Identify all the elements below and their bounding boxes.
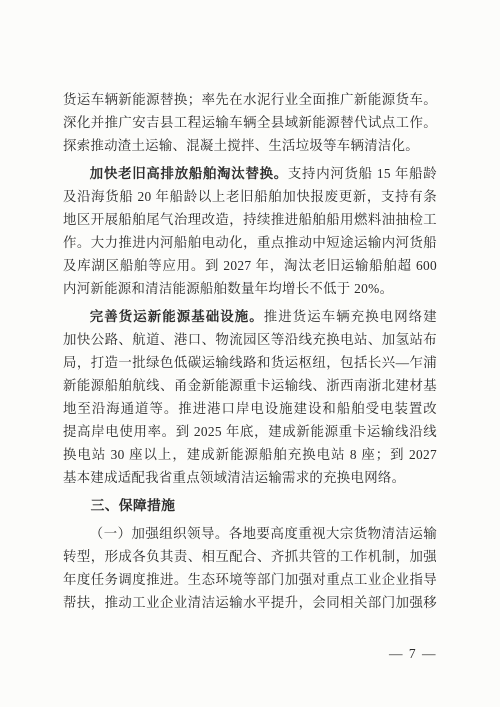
section-heading: 三、保障措施 xyxy=(63,494,437,517)
text-line: 换电站 30 座以上，建成新能源船舶充换电站 8 座；到 2027 年， xyxy=(63,443,437,466)
text-line: 地区开展船舶尾气治理改造，持续推进船舶船用燃料油抽检工 xyxy=(63,208,437,231)
text-line: 及沿海货船 20 年船龄以上老旧船舶加快报废更新，支持有条件 xyxy=(63,185,437,208)
document-body: 货运车辆新能源替换；率先在水泥行业全面推广新能源货车。深化并推广安吉县工程运输车… xyxy=(63,88,437,614)
text-line: 转型，形成各负其责、相互配合、齐抓共管的工作机制，加强 xyxy=(63,545,437,568)
text-line: 及库湖区船舶等应用。到 2027 年，淘汰老旧运输船舶超 600 艘， xyxy=(63,254,437,277)
text-line: 探索推动渣土运输、混凝土搅拌、生活垃圾等车辆清洁化。 xyxy=(63,134,437,157)
text-line: 基本建成适配我省重点领域清洁运输需求的充换电网络。 xyxy=(63,466,437,489)
text-line: 加快公路、航道、港口、物流园区等沿线充换电站、加氢站布 xyxy=(63,328,437,351)
paragraph-kai-lead: （一）加强组织领导。 xyxy=(90,526,229,541)
paragraph-bold-lead: 完善货运新能源基础设施。 xyxy=(90,309,264,324)
text-line: 局，打造一批绿色低碳运输线路和货运枢纽，包括长兴—乍浦 xyxy=(63,351,437,374)
page-number: — 7 — xyxy=(63,645,437,663)
paragraph-bold-lead: 加快老旧高排放船舶淘汰替换。 xyxy=(90,166,288,181)
text-line: 提高岸电使用率。到 2025 年底，建成新能源重卡运输线沿线充 xyxy=(63,420,437,443)
text-line: 完善货运新能源基础设施。推进货运车辆充换电网络建设， xyxy=(63,305,437,328)
text-line: 加快老旧高排放船舶淘汰替换。支持内河货船 15 年船龄以 xyxy=(63,162,437,185)
document-page: 货运车辆新能源替换；率先在水泥行业全面推广新能源货车。深化并推广安吉县工程运输车… xyxy=(0,0,500,707)
text-line: 地至沿海通道等。推进港口岸电设施建设和船舶受电装置改造， xyxy=(63,397,437,420)
text-line: 新能源船舶航线、甬金新能源重卡运输线、浙西南浙北建材基 xyxy=(63,374,437,397)
text-line: 年度任务调度推进。生态环境等部门加强对重点工业企业指导 xyxy=(63,568,437,591)
text-line: 货运车辆新能源替换；率先在水泥行业全面推广新能源货车。 xyxy=(63,88,437,111)
text-line: （一）加强组织领导。各地要高度重视大宗货物清洁运输 xyxy=(63,522,437,545)
text-line: 内河新能源和清洁能源船舶数量年均增长不低于 20%。 xyxy=(63,277,437,300)
text-line: 帮扶，推动工业企业清洁运输水平提升，会同相关部门加强移 xyxy=(63,591,437,614)
text-line: 作。大力推进内河船舶电动化，重点推动中短途运输内河货船 xyxy=(63,231,437,254)
text-line: 深化并推广安吉县工程运输车辆全县域新能源替代试点工作。 xyxy=(63,111,437,134)
